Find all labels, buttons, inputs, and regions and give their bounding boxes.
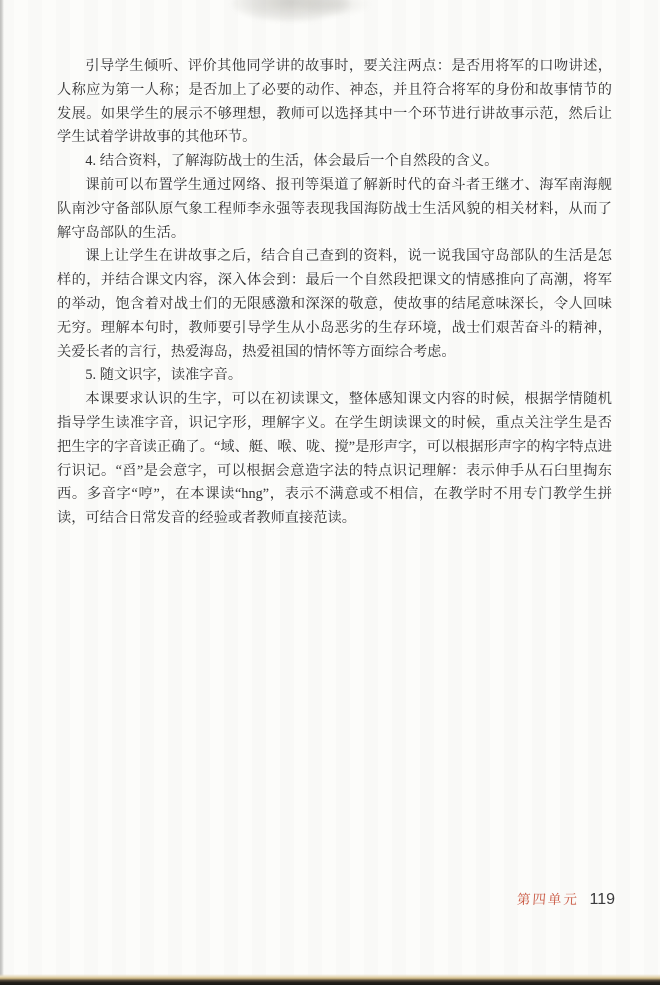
heading-item-4: 4. 结合资料，了解海防战士的生活，体会最后一个自然段的含义。 (57, 150, 612, 174)
heading-item-5: 5. 随文识字，读准字音。 (57, 364, 612, 388)
page-number: 119 (589, 891, 615, 909)
page-content: 引导学生倾听、评价其他同学讲的故事时，要关注两点：是否用将军的口吻讲述，人称应为… (57, 55, 612, 531)
paragraph-in-class-discussion: 课上让学生在讲故事之后，结合自己查到的资料，说一说我国守岛部队的生活是怎样的，并… (57, 245, 612, 364)
page-footer: 第四单元 119 (517, 888, 615, 909)
scan-edge-left (0, 0, 4, 985)
paragraph-pre-class-materials: 课前可以布置学生通过网络、报刊等渠道了解新时代的奋斗者王继才、海军南海舰队南沙守… (57, 174, 612, 245)
paragraph-character-literacy: 本课要求认识的生字，可以在初读课文，整体感知课文内容的时候，根据学情随机指导学生… (57, 388, 612, 531)
scan-edge-bottom (0, 974, 660, 985)
book-page: 引导学生倾听、评价其他同学讲的故事时，要关注两点：是否用将军的口吻讲述，人称应为… (0, 0, 660, 985)
paragraph-listening-guidance: 引导学生倾听、评价其他同学讲的故事时，要关注两点：是否用将军的口吻讲述，人称应为… (57, 55, 612, 150)
unit-label: 第四单元 (517, 888, 580, 908)
